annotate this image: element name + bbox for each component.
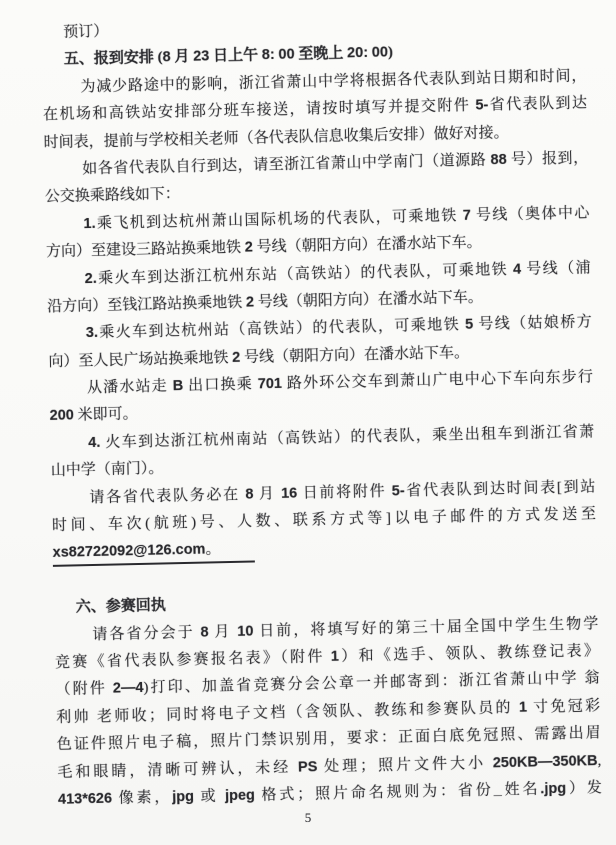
latin-run: 2 bbox=[232, 349, 240, 365]
latin-run: 250KB—350KB bbox=[493, 753, 598, 771]
latin-run: 20: bbox=[347, 45, 368, 61]
latin-run: 00 bbox=[372, 45, 388, 61]
latin-run: 8 bbox=[162, 50, 170, 66]
latin-run: 16 bbox=[281, 485, 297, 501]
latin-run: _ bbox=[494, 782, 502, 798]
latin-run: 5- bbox=[475, 97, 488, 113]
latin-run: .jpg bbox=[540, 781, 566, 798]
latin-run: 1 bbox=[519, 699, 527, 715]
latin-run: 4 bbox=[513, 261, 521, 277]
latin-run: 5 bbox=[465, 317, 473, 333]
latin-run: jpg bbox=[172, 789, 194, 805]
latin-run: 2. bbox=[84, 270, 96, 286]
latin-run: xs82722092@126.com bbox=[52, 542, 205, 561]
latin-run: 1. bbox=[83, 216, 95, 232]
page-number: 5 bbox=[0, 810, 616, 826]
latin-run: 701 bbox=[258, 376, 283, 393]
latin-run: 8: bbox=[262, 47, 275, 63]
latin-run: 23 bbox=[193, 49, 209, 65]
latin-run: 10 bbox=[237, 623, 253, 639]
latin-run: 413*626 bbox=[58, 791, 112, 808]
latin-run: 7 bbox=[463, 207, 471, 223]
latin-run: 4. bbox=[88, 435, 100, 451]
latin-run: 00 bbox=[278, 47, 294, 63]
latin-run: B bbox=[173, 378, 184, 394]
underlined-text[interactable]: xs82722092@126.com。 bbox=[52, 536, 254, 567]
latin-run: 2 bbox=[245, 240, 253, 256]
latin-run: 200 bbox=[49, 408, 74, 425]
latin-run: 5- bbox=[392, 483, 405, 499]
latin-run: 8 bbox=[245, 486, 253, 502]
latin-run: 1 bbox=[331, 649, 339, 665]
latin-run: 88 bbox=[490, 152, 506, 168]
latin-run: 8 bbox=[200, 624, 208, 640]
latin-run: 3. bbox=[86, 325, 98, 341]
latin-run: 2—4 bbox=[113, 680, 144, 697]
document-page: 预订）五、报到安排 (8 月 23 日上午 8: 00 至晚上 20: 00)为… bbox=[0, 0, 616, 845]
latin-run: jpeg bbox=[225, 787, 255, 804]
latin-run: 2 bbox=[246, 294, 254, 310]
latin-run: PS bbox=[298, 759, 318, 775]
document-body: 预订）五、报到安排 (8 月 23 日上午 8: 00 至晚上 20: 00)为… bbox=[41, 8, 602, 814]
